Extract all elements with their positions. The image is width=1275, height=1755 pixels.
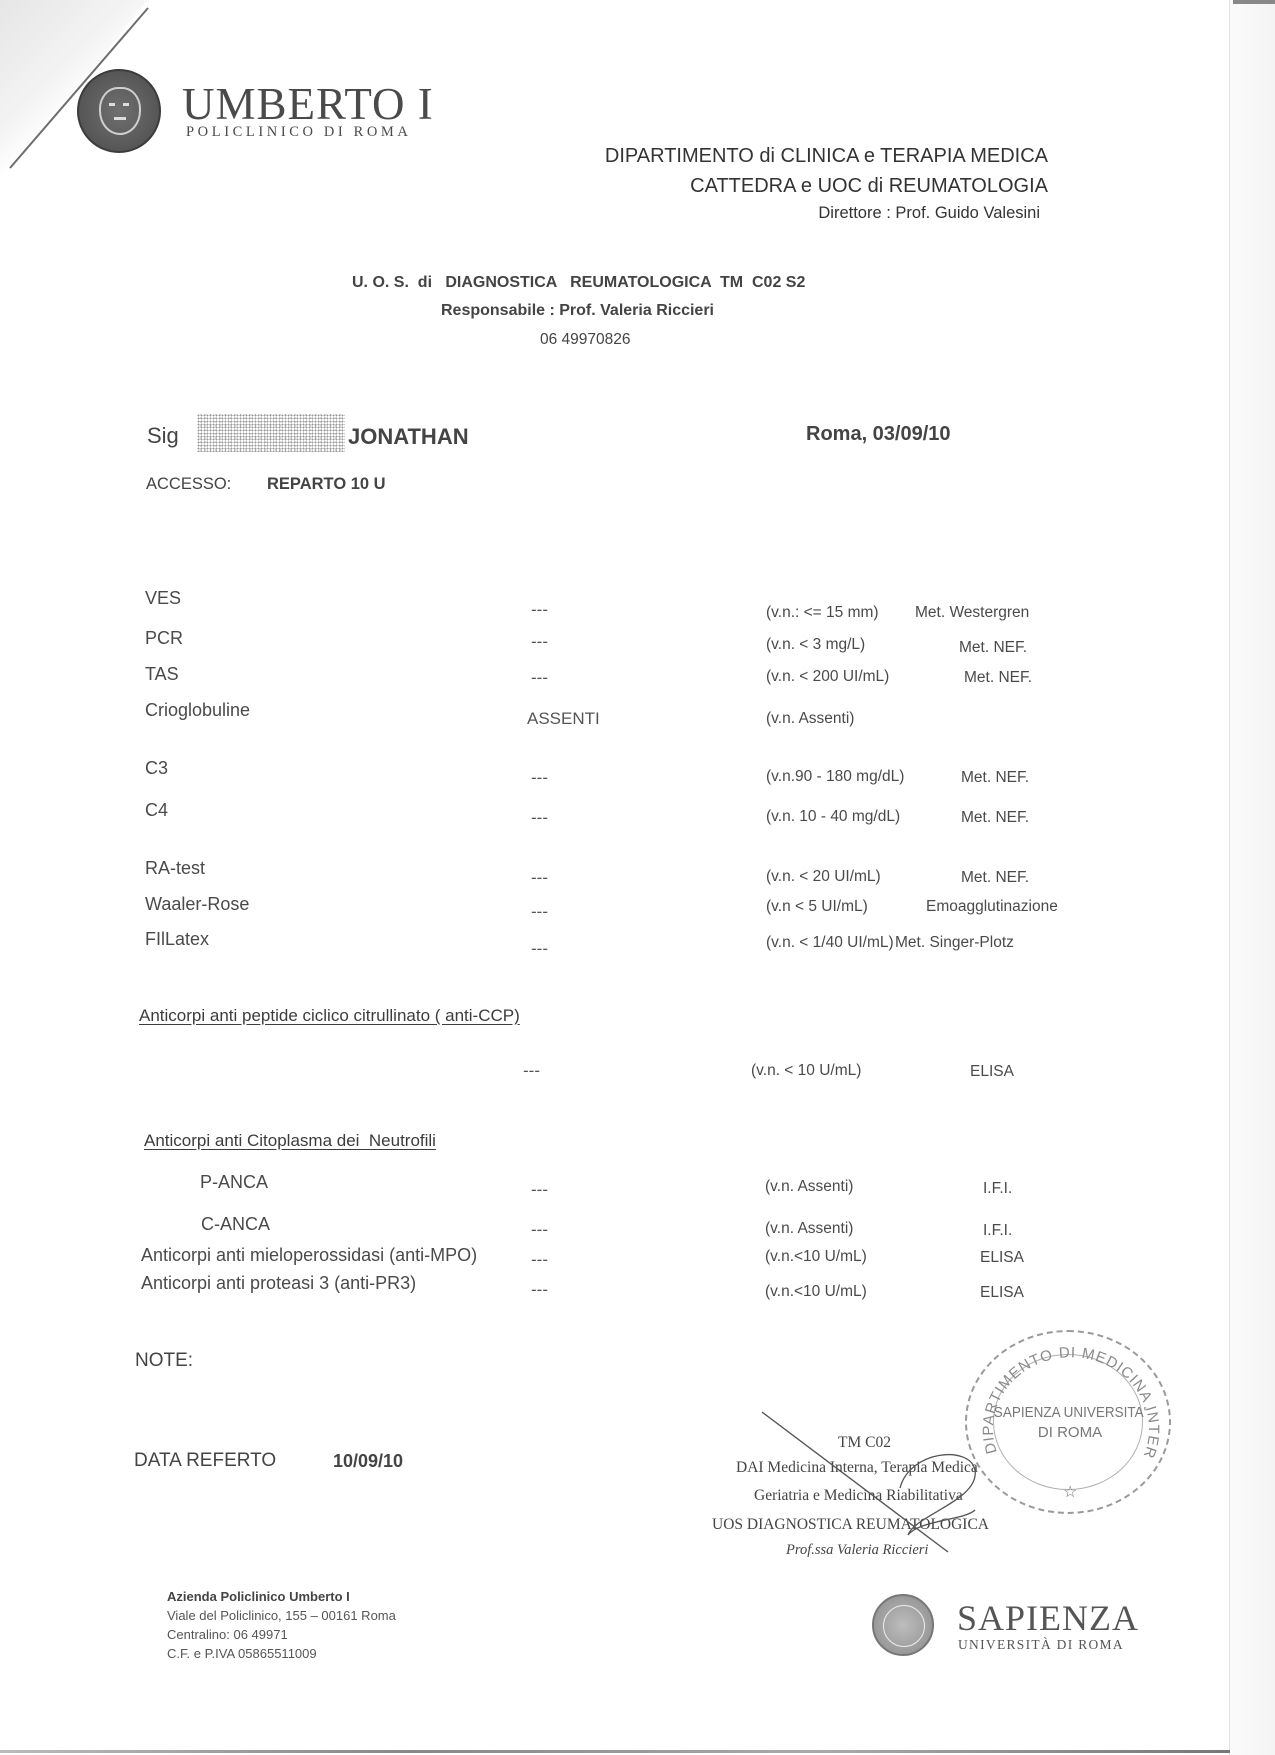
test-method: Met. NEF. — [964, 669, 1032, 687]
scan-right-edge — [1229, 0, 1275, 1755]
anca-title: Anticorpi anti Citoplasma dei Neutrofili — [144, 1131, 436, 1151]
reference-range: (v.n.: <= 15 mm) — [766, 604, 879, 622]
reference-range: (v.n < 5 UI/mL) — [766, 898, 868, 916]
notes-label: NOTE: — [135, 1350, 193, 1372]
test-method: I.F.I. — [983, 1180, 1012, 1198]
anti-ccp-value: --- — [523, 1061, 540, 1081]
director: Direttore : Prof. Guido Valesini — [818, 204, 1040, 223]
test-method: Met. Westergren — [915, 604, 1029, 622]
test-method: Emoagglutinazione — [926, 898, 1058, 916]
stamp-center-line-2: DI ROMA — [985, 1424, 1155, 1441]
reference-range: (v.n. < 1/40 UI/mL) — [766, 934, 894, 952]
report-date-label: DATA REFERTO — [134, 1450, 276, 1472]
test-name: PCR — [145, 628, 183, 649]
university-subtitle: UNIVERSITÀ DI ROMA — [958, 1637, 1124, 1653]
chair-title: CATTEDRA e UOC di REUMATOLOGIA — [690, 175, 1048, 198]
test-value: --- — [531, 939, 548, 959]
anti-ccp-method: ELISA — [970, 1063, 1014, 1081]
place-date: Roma, 03/09/10 — [806, 423, 951, 446]
salutation: Sig — [147, 423, 179, 449]
footer-vat: C.F. e P.IVA 05865511009 — [167, 1646, 317, 1661]
test-name: C3 — [145, 758, 168, 779]
reference-range: (v.n. < 200 UI/mL) — [766, 668, 889, 686]
test-value: --- — [531, 808, 548, 828]
test-method: Met. NEF. — [961, 869, 1029, 887]
test-value: ASSENTI — [527, 709, 600, 729]
test-name: Crioglobuline — [145, 700, 250, 721]
footer-switchboard: Centralino: 06 49971 — [167, 1627, 288, 1642]
test-method: Met. NEF. — [961, 769, 1029, 787]
anti-ccp-title: Anticorpi anti peptide ciclico citrullin… — [139, 1006, 520, 1026]
test-name: C4 — [145, 800, 168, 821]
phone: 06 49970826 — [540, 331, 631, 349]
test-name: Waaler-Rose — [145, 894, 249, 915]
test-method: I.F.I. — [983, 1222, 1012, 1240]
reference-range: (v.n. < 3 mg/L) — [766, 636, 865, 654]
report-date: 10/09/10 — [333, 1451, 403, 1472]
reference-range: (v.n. Assenti) — [765, 1220, 853, 1238]
reference-range: (v.n.90 - 180 mg/dL) — [766, 768, 904, 786]
test-value: --- — [531, 1250, 548, 1270]
footer-address: Viale del Policlinico, 155 – 00161 Roma — [167, 1608, 396, 1623]
test-value: --- — [531, 1220, 548, 1240]
footer-company: Azienda Policlinico Umberto I — [167, 1589, 350, 1604]
test-method: Met. Singer-Plotz — [895, 934, 1014, 952]
test-value: --- — [531, 632, 548, 652]
test-value: --- — [531, 600, 548, 620]
access-value: REPARTO 10 U — [267, 475, 386, 494]
test-method: Met. NEF. — [959, 639, 1027, 657]
access-label: ACCESSO: — [146, 475, 231, 494]
test-name: Anticorpi anti mieloperossidasi (anti-MP… — [141, 1245, 477, 1266]
test-method: ELISA — [980, 1249, 1024, 1267]
reference-range: (v.n.<10 U/mL) — [765, 1248, 867, 1266]
responsible: Responsabile : Prof. Valeria Riccieri — [441, 302, 714, 320]
reference-range: (v.n. Assenti) — [766, 710, 854, 728]
test-name: C-ANCA — [201, 1214, 270, 1235]
reference-range: (v.n. 10 - 40 mg/dL) — [766, 808, 900, 826]
sapienza-seal-icon — [872, 1594, 934, 1656]
test-method: ELISA — [980, 1284, 1024, 1302]
department-title: DIPARTIMENTO di CLINICA e TERAPIA MEDICA — [605, 145, 1048, 168]
redacted-surname — [197, 414, 345, 452]
uos-title: U. O. S. di DIAGNOSTICA REUMATOLOGICA TM… — [352, 274, 805, 292]
anti-ccp-range: (v.n. < 10 U/mL) — [751, 1062, 861, 1080]
test-value: --- — [531, 902, 548, 922]
reference-range: (v.n. Assenti) — [765, 1178, 853, 1196]
brand-subtitle: POLICLINICO DI ROMA — [186, 124, 411, 141]
patient-name: JONATHAN — [348, 424, 469, 450]
star-icon: ☆ — [1063, 1482, 1077, 1502]
test-name: RA-test — [145, 858, 205, 879]
stamp-center-line-1: SAPIENZA UNIVERSITA' — [994, 1404, 1147, 1421]
medusa-seal-icon — [77, 69, 161, 153]
scan-edge-mark — [1233, 0, 1275, 4]
test-name: TAS — [145, 664, 179, 685]
test-value: --- — [531, 768, 548, 788]
test-name: P-ANCA — [200, 1172, 268, 1193]
brand-name: UMBERTO I — [182, 78, 434, 130]
department-stamp: DIPARTIMENTO DI MEDICINA INTERNA E SPECI… — [965, 1330, 1171, 1514]
test-value: --- — [531, 668, 548, 688]
university-name: SAPIENZA — [957, 1597, 1139, 1639]
test-name: VES — [145, 588, 181, 609]
scan-bottom-edge — [0, 1750, 1230, 1753]
svg-text:DIPARTIMENTO DI MEDICINA INTER: DIPARTIMENTO DI MEDICINA INTERNA E SPECI… — [967, 1332, 1162, 1461]
test-value: --- — [531, 1180, 548, 1200]
stamp-ring-text: DIPARTIMENTO DI MEDICINA INTERNA E SPECI… — [967, 1332, 1162, 1461]
test-value: --- — [531, 868, 548, 888]
reference-range: (v.n.<10 U/mL) — [765, 1283, 867, 1301]
test-name: FIlLatex — [145, 929, 209, 950]
reference-range: (v.n. < 20 UI/mL) — [766, 868, 881, 886]
test-value: --- — [531, 1280, 548, 1300]
test-method: Met. NEF. — [961, 809, 1029, 827]
test-name: Anticorpi anti proteasi 3 (anti-PR3) — [141, 1273, 416, 1294]
